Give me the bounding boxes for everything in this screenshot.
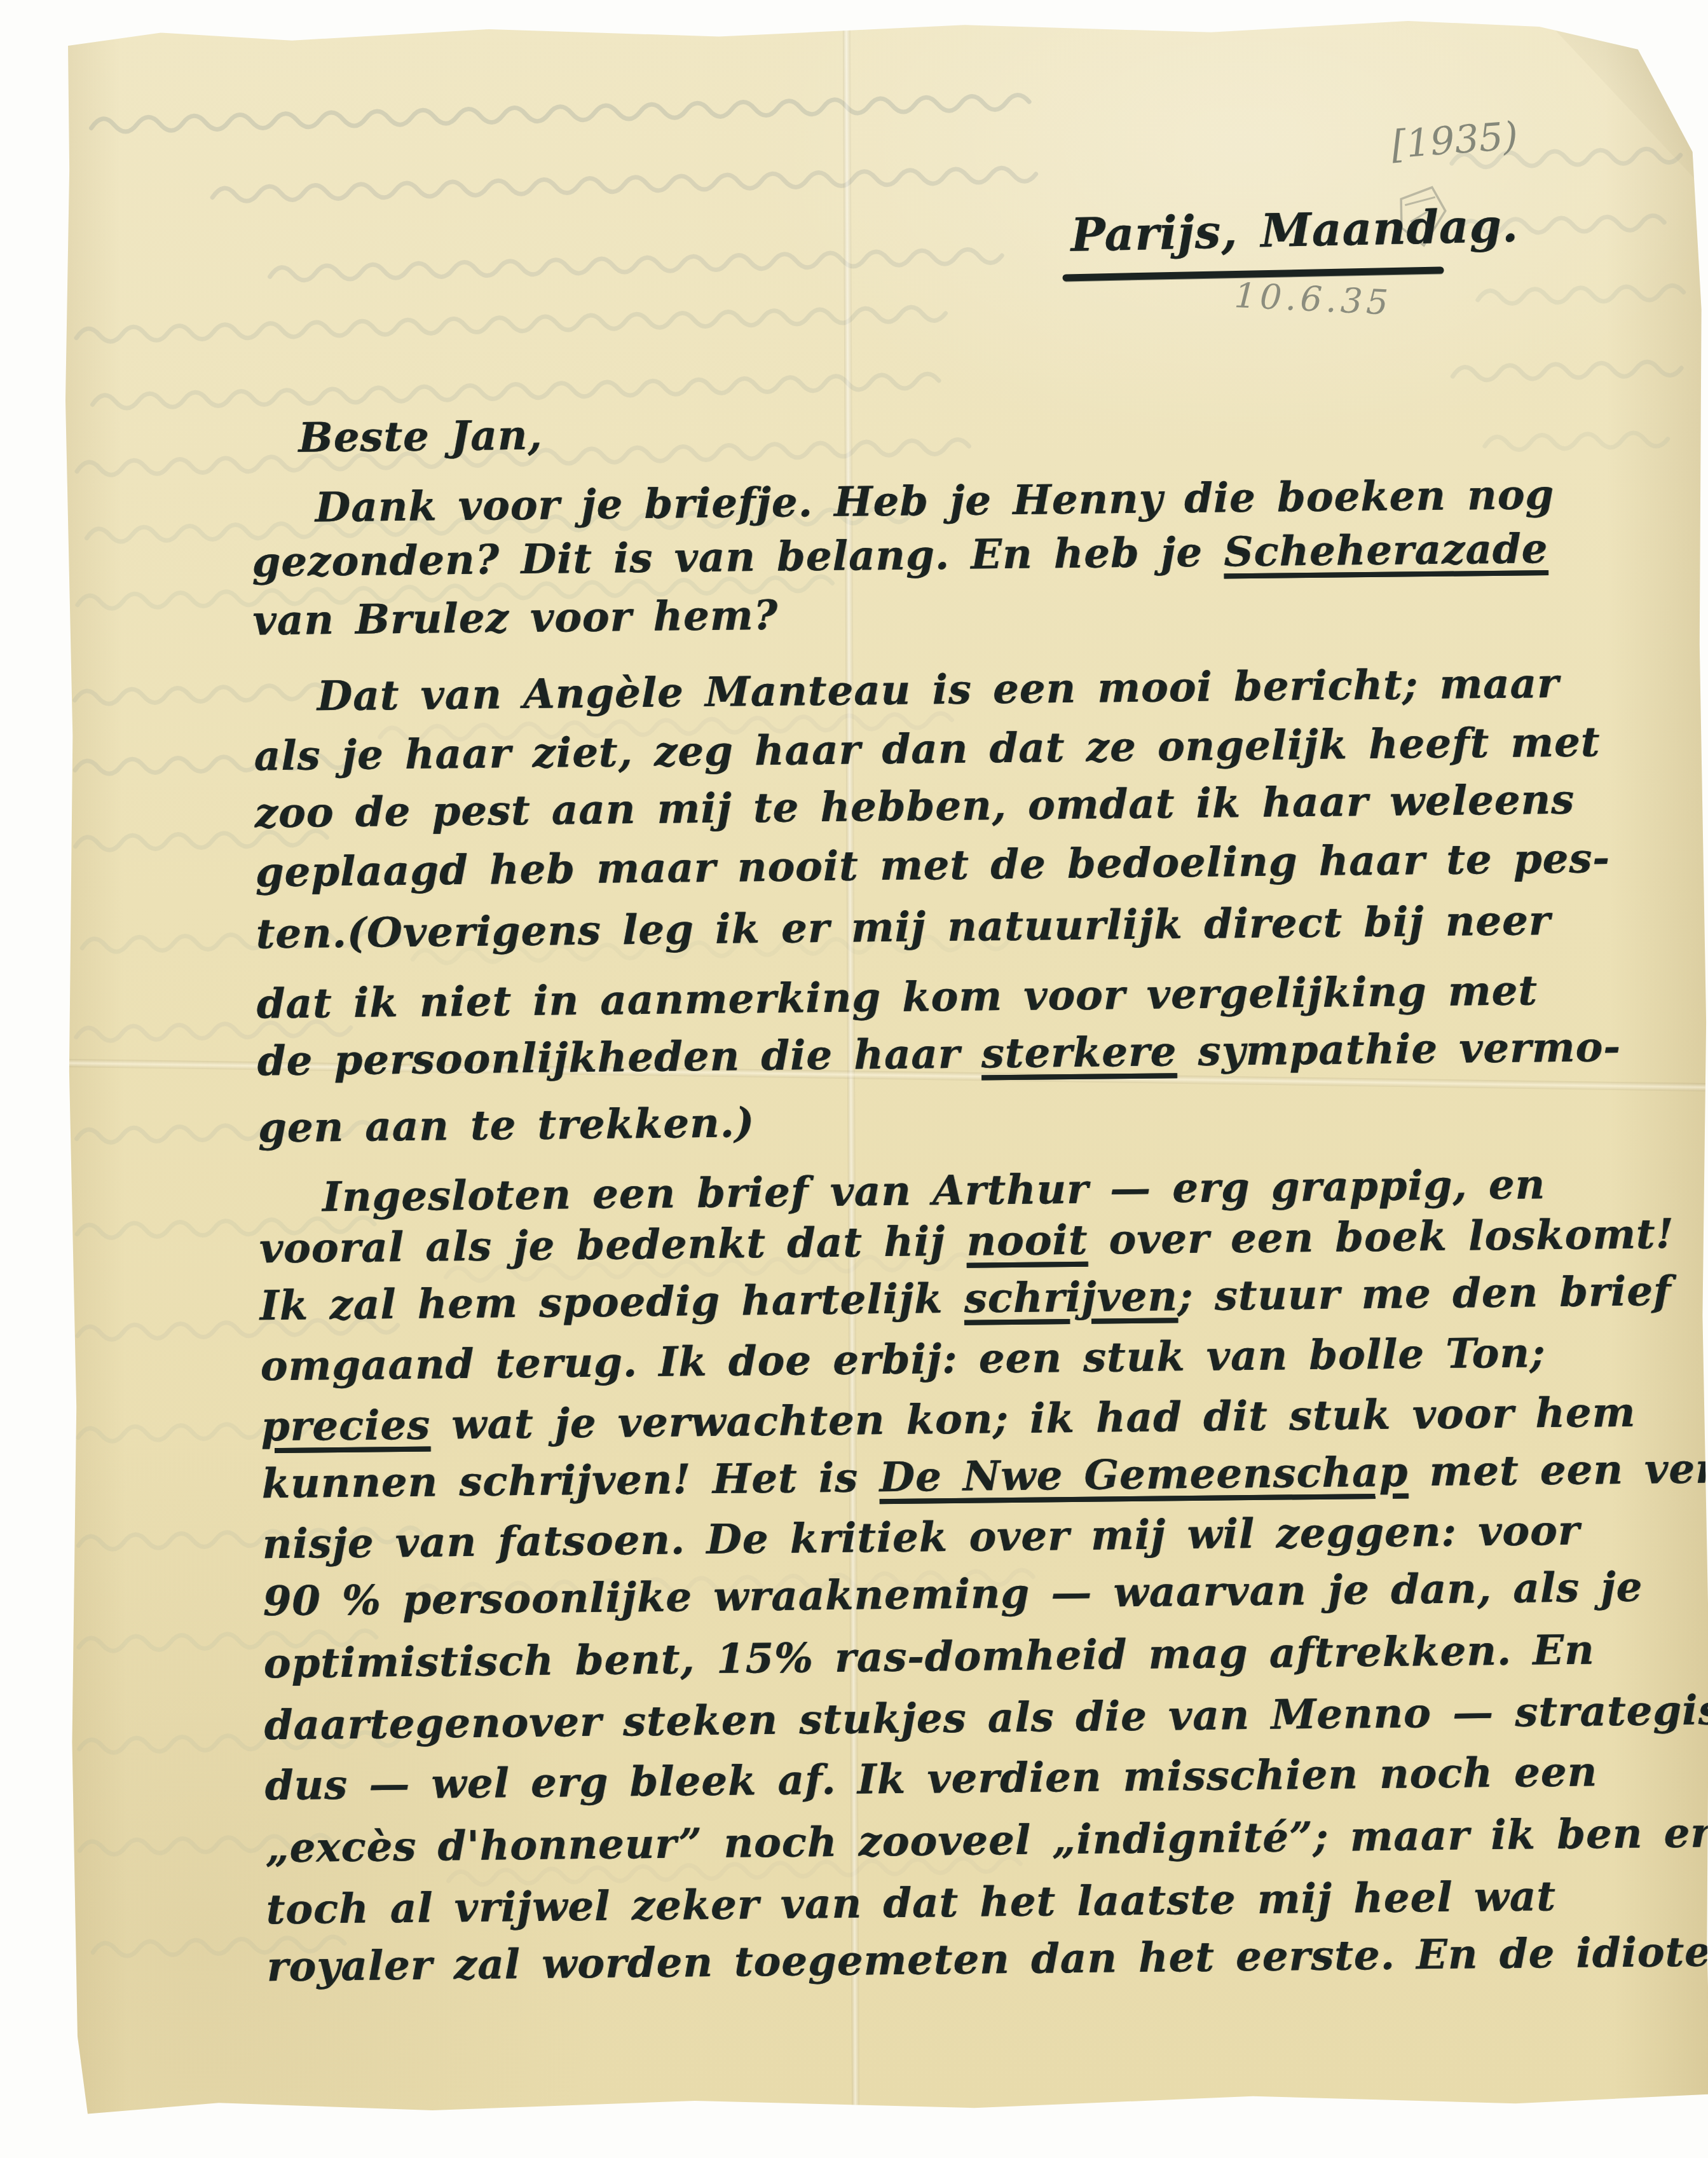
underlined-word: schrijven bbox=[964, 1273, 1178, 1323]
letter-line: dat ik niet in aanmerking kom voor verge… bbox=[257, 971, 1538, 1025]
letter-line: gen aan te trekken.) bbox=[258, 1103, 755, 1149]
handwriting-text: ten.(Overigens leg ik er mij natuurlijk … bbox=[256, 897, 1550, 958]
letter-line: kunnen schrijven! Het is De Nwe Gemeensc… bbox=[261, 1449, 1708, 1505]
handwriting-text: omgaand terug. Ik doe erbij: een stuk va… bbox=[260, 1329, 1545, 1390]
handwriting-text: kunnen schrijven! Het is bbox=[261, 1454, 879, 1508]
letter-line: daartegenover steken stukjes als die van… bbox=[264, 1690, 1708, 1746]
handwriting-text: sympathie vermo- bbox=[1177, 1023, 1621, 1076]
letter-line: Ingesloten een brief van Arthur — erg gr… bbox=[322, 1164, 1546, 1218]
letter-line: toch al vrijwel zeker van dat het laatst… bbox=[266, 1876, 1556, 1930]
letter-line: ten.(Overigens leg ik er mij natuurlijk … bbox=[256, 901, 1550, 955]
handwriting-text: dat ik niet in aanmerking kom voor verge… bbox=[257, 967, 1538, 1028]
letter-paper: [1935) Parijs, Maandag. 10.6.35 Beste Ja… bbox=[62, 15, 1708, 2120]
handwriting-text: Dank voor je briefje. Heb je Henny die b… bbox=[315, 471, 1554, 531]
handwriting-text: toch al vrijwel zeker van dat het laatst… bbox=[266, 1873, 1556, 1934]
handwriting-text: 90 % persoonlijke wraakneming — waarvan … bbox=[263, 1564, 1643, 1626]
handwriting-text: Ingesloten een brief van Arthur — erg gr… bbox=[322, 1161, 1546, 1221]
handwriting-text: „excès d'honneur” noch zooveel „indignit… bbox=[265, 1808, 1708, 1872]
underlined-word: sterkere bbox=[981, 1028, 1177, 1077]
handwriting-text: Dat van Angèle Manteau is een mooi beric… bbox=[317, 660, 1559, 720]
handwriting-text: ; stuur me den brief bbox=[1177, 1267, 1671, 1320]
handwriting-text: Beste Jan, bbox=[298, 412, 543, 462]
underlined-word: Scheherazade bbox=[1224, 525, 1548, 576]
underlined-word: De Nwe Gemeenschap bbox=[879, 1448, 1409, 1501]
letter-line: 90 % persoonlijke wraakneming — waarvan … bbox=[263, 1567, 1643, 1623]
letter-line: vooral als je bedenkt dat hij nooit over… bbox=[259, 1214, 1674, 1269]
handwriting-text: optimistisch bent, 15% ras-domheid mag a… bbox=[263, 1626, 1595, 1688]
letter-line: van Brulez voor hem? bbox=[252, 596, 778, 642]
letter-line: „excès d'honneur” noch zooveel „indignit… bbox=[265, 1812, 1708, 1869]
letter-line: omgaand terug. Ik doe erbij: een stuk va… bbox=[261, 1333, 1546, 1387]
scan-background: [1935) Parijs, Maandag. 10.6.35 Beste Ja… bbox=[0, 0, 1708, 2158]
handwriting-text: zoo de pest aan mij te hebben, omdat ik … bbox=[254, 776, 1575, 838]
letter-line: Dank voor je briefje. Heb je Henny die b… bbox=[315, 475, 1554, 528]
handwriting-text: gezonden? Dit is van belang. En heb je bbox=[252, 528, 1224, 586]
letter-line: Dat van Angèle Manteau is een mooi beric… bbox=[317, 664, 1560, 717]
handwriting-text: royaler zal worden toegemeten dan het ee… bbox=[266, 1928, 1708, 1991]
handwriting-text: als je haar ziet, zeg haar dan dat ze on… bbox=[254, 718, 1600, 780]
letter-line: geplaagd heb maar nooit met de bedoeling… bbox=[255, 838, 1610, 893]
handwriting-text: Ik zal hem spoedig hartelijk bbox=[259, 1275, 964, 1330]
letter-line: Ik zal hem spoedig hartelijk schrijven; … bbox=[260, 1271, 1672, 1327]
handwriting-text: vooral als je bedenkt dat hij bbox=[259, 1218, 967, 1273]
handwriting-text: wat je verwachten kon; ik had dit stuk v… bbox=[430, 1389, 1636, 1449]
letter-line: de persoonlijkheden die haar sterkere sy… bbox=[257, 1027, 1622, 1082]
letter-line: Beste Jan, bbox=[298, 416, 543, 459]
letter-line: zoo de pest aan mij te hebben, omdat ik … bbox=[254, 780, 1575, 835]
underlined-word: nooit bbox=[966, 1217, 1088, 1266]
letter-line: royaler zal worden toegemeten dan het ee… bbox=[266, 1932, 1708, 1988]
underlined-word: precies bbox=[261, 1402, 430, 1451]
handwriting-text: met een ver- bbox=[1408, 1445, 1708, 1496]
handwriting-text: nisje van fatsoen. De kritiek over mij w… bbox=[262, 1507, 1580, 1569]
letter-line: dus — wel erg bleek af. Ik verdien missc… bbox=[264, 1752, 1597, 1806]
letter-line: als je haar ziet, zeg haar dan dat ze on… bbox=[254, 722, 1600, 777]
letter-line: precies wat je verwachten kon; ik had di… bbox=[261, 1393, 1636, 1448]
letter-body: Beste Jan,Dank voor je briefje. Heb je H… bbox=[56, 11, 1708, 2126]
handwriting-text: dus — wel erg bleek af. Ik verdien missc… bbox=[264, 1748, 1597, 1810]
handwriting-text: van Brulez voor hem? bbox=[252, 592, 778, 645]
handwriting-text: daartegenover steken stukjes als die van… bbox=[264, 1686, 1708, 1749]
letter-line: nisje van fatsoen. De kritiek over mij w… bbox=[262, 1511, 1580, 1566]
handwriting-text: gen aan te trekken.) bbox=[258, 1099, 755, 1152]
handwriting-text: geplaagd heb maar nooit met de bedoeling… bbox=[255, 835, 1610, 896]
handwriting-text: over een boek loskomt! bbox=[1088, 1210, 1674, 1264]
letter-line: optimistisch bent, 15% ras-domheid mag a… bbox=[263, 1630, 1594, 1684]
handwriting-text: de persoonlijkheden die haar bbox=[257, 1030, 981, 1085]
letter-line: gezonden? Dit is van belang. En heb je S… bbox=[252, 529, 1548, 583]
